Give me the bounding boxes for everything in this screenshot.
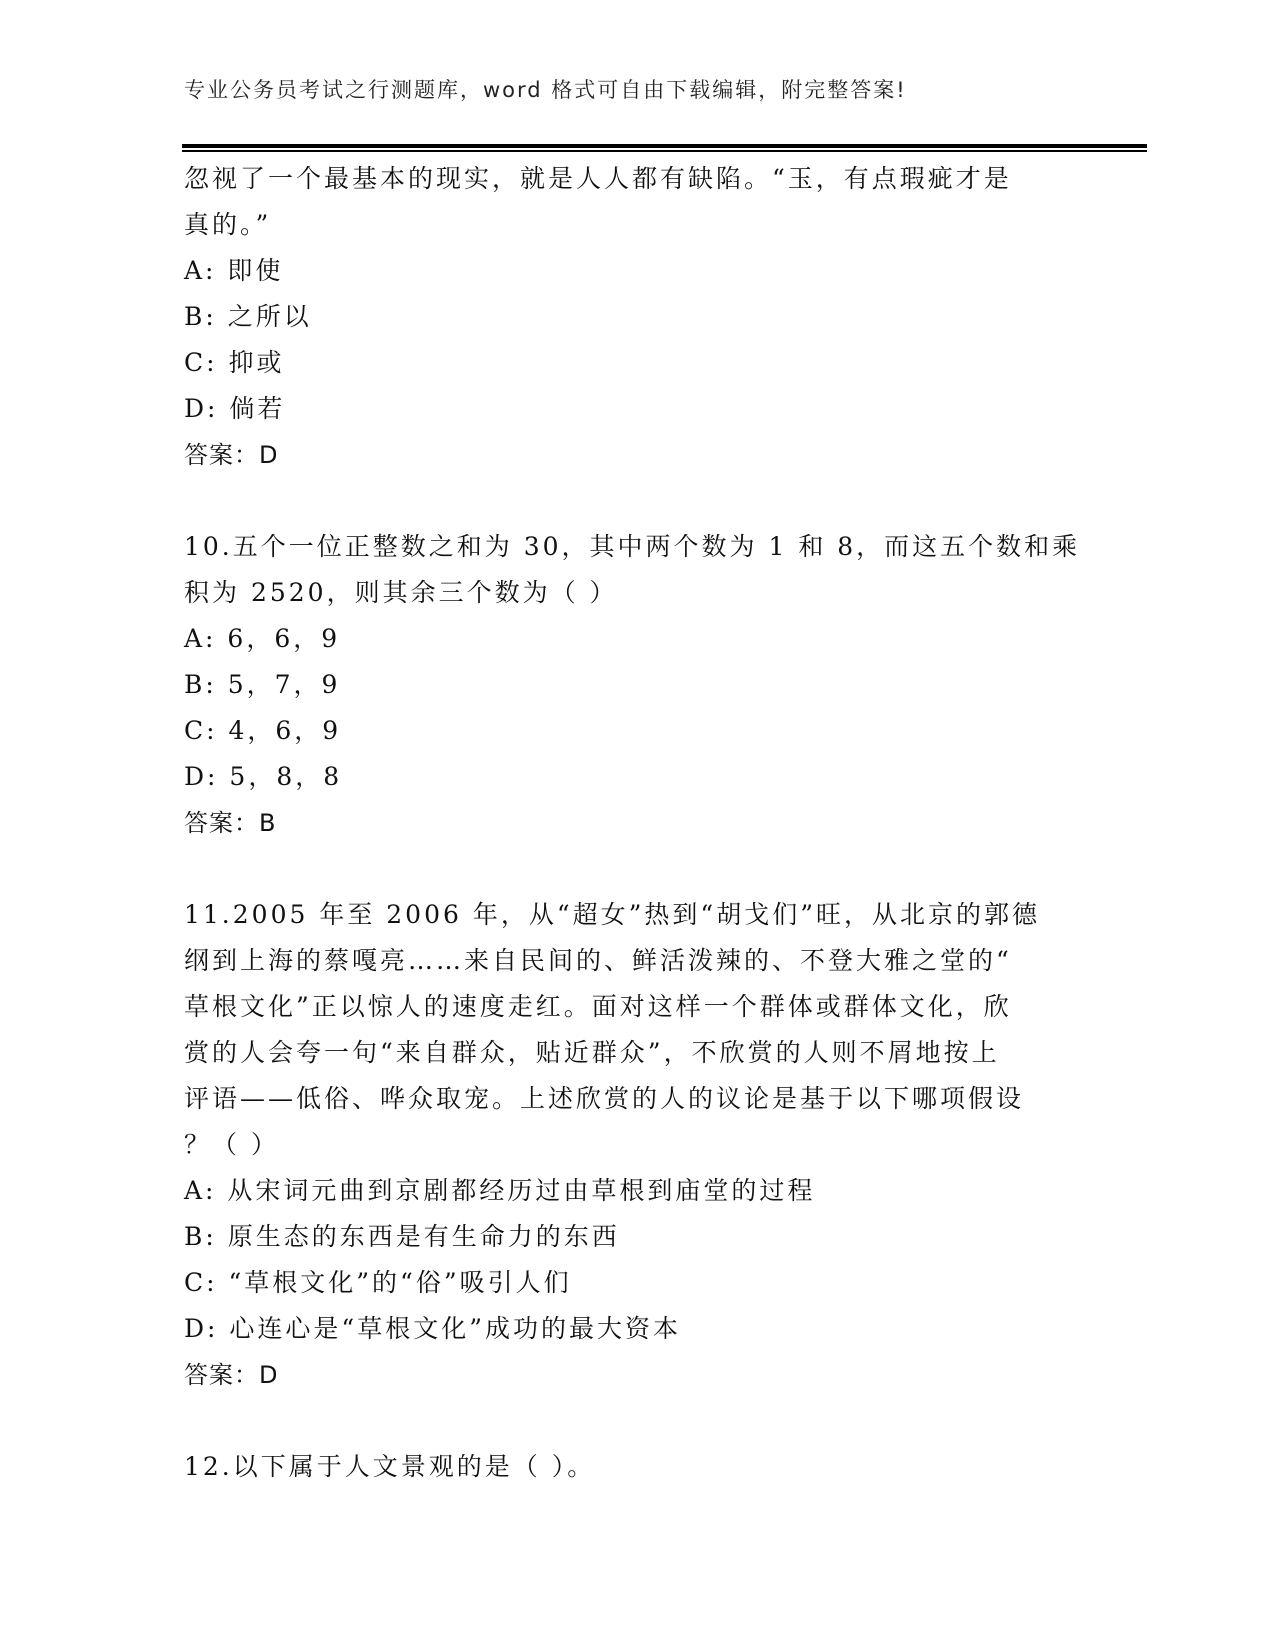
question-12: 12.以下属于人文景观的是（ ）。	[184, 1444, 1064, 1490]
spacer	[184, 478, 1064, 524]
option-d: D: 心连心是“草根文化”成功的最大资本	[184, 1306, 1064, 1352]
question-stem-line: ？（ ）	[184, 1122, 1064, 1168]
question-stem-line: 真的。”	[184, 202, 1064, 248]
question-stem-line: 忽视了一个最基本的现实，就是人人都有缺陷。“玉，有点瑕疵才是	[184, 156, 1064, 202]
spacer	[184, 846, 1064, 892]
option-a: A: 从宋词元曲到京剧都经历过由草根到庙堂的过程	[184, 1168, 1064, 1214]
question-9: 忽视了一个最基本的现实，就是人人都有缺陷。“玉，有点瑕疵才是 真的。” A: 即…	[184, 156, 1064, 478]
header-divider-thin	[182, 150, 1147, 152]
answer-label: 答案：B	[184, 800, 1064, 846]
spacer	[184, 1398, 1064, 1444]
option-b: B: 原生态的东西是有生命力的东西	[184, 1214, 1064, 1260]
question-11: 11.2005 年至 2006 年，从“超女”热到“胡戈们”旺，从北京的郭德 纲…	[184, 892, 1064, 1398]
option-c: C: 4，6，9	[184, 708, 1064, 754]
option-a: A: 即使	[184, 248, 1064, 294]
question-stem-line: 赏的人会夸一句“来自群众，贴近群众”，不欣赏的人则不屑地按上	[184, 1030, 1064, 1076]
answer-label: 答案：D	[184, 432, 1064, 478]
option-b: B: 之所以	[184, 294, 1064, 340]
question-stem-line: 草根文化”正以惊人的速度走红。面对这样一个群体或群体文化，欣	[184, 984, 1064, 1030]
option-b: B: 5，7，9	[184, 662, 1064, 708]
question-stem-line: 11.2005 年至 2006 年，从“超女”热到“胡戈们”旺，从北京的郭德	[184, 892, 1064, 938]
question-stem-line: 12.以下属于人文景观的是（ ）。	[184, 1444, 1064, 1490]
option-d: D: 5，8，8	[184, 754, 1064, 800]
option-c: C: “草根文化”的“俗”吸引人们	[184, 1260, 1064, 1306]
header-divider-thick	[182, 144, 1147, 148]
question-stem-line: 评语——低俗、哗众取宠。上述欣赏的人的议论是基于以下哪项假设	[184, 1076, 1064, 1122]
answer-label: 答案：D	[184, 1352, 1064, 1398]
question-stem-line: 纲到上海的蔡嘎亮……来自民间的、鲜活泼辣的、不登大雅之堂的“	[184, 938, 1064, 984]
option-a: A: 6，6，9	[184, 616, 1064, 662]
question-10: 10.五个一位正整数之和为 30，其中两个数为 1 和 8，而这五个数和乘 积为…	[184, 524, 1064, 846]
page-header-banner: 专业公务员考试之行测题库，word 格式可自由下载编辑，附完整答案!	[184, 74, 907, 104]
question-stem-line: 10.五个一位正整数之和为 30，其中两个数为 1 和 8，而这五个数和乘	[184, 524, 1064, 570]
document-body: 忽视了一个最基本的现实，就是人人都有缺陷。“玉，有点瑕疵才是 真的。” A: 即…	[184, 156, 1064, 1490]
question-stem-line: 积为 2520，则其余三个数为（ ）	[184, 570, 1064, 616]
option-d: D: 倘若	[184, 386, 1064, 432]
option-c: C: 抑或	[184, 340, 1064, 386]
